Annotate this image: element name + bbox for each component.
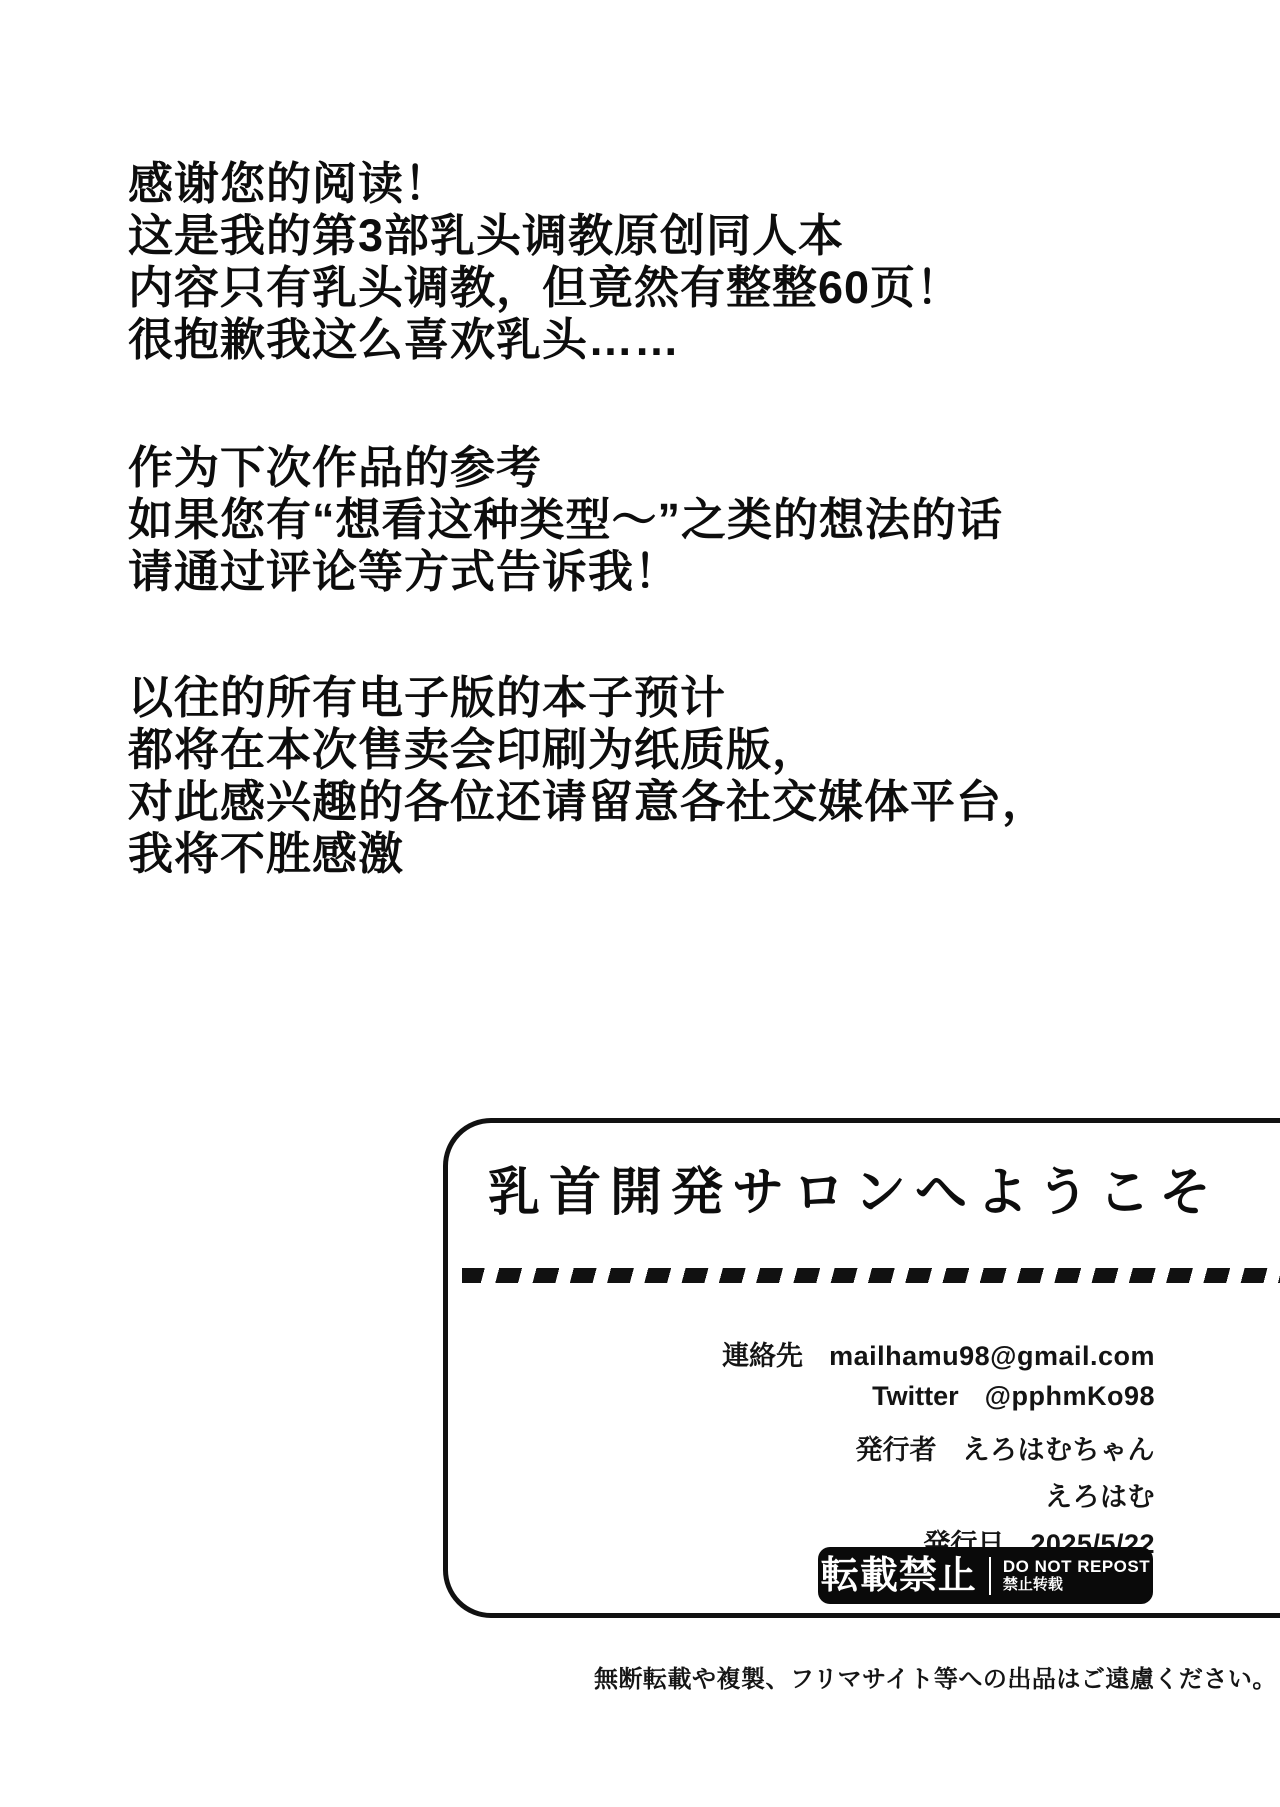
text-line: 感谢您的阅读！ — [128, 158, 962, 210]
colophon-title: 乳首開発サロンへようこそ — [488, 1150, 1220, 1225]
publisher-name-value: えろはむちゃん — [963, 1428, 1156, 1467]
badge-do-not-repost-en: DO NOT REPOST — [1003, 1558, 1150, 1577]
afterword-page: 感谢您的阅读！ 这是我的第3部乳头调教原创同人本 内容只有乳头调教，但竟然有整整… — [0, 0, 1280, 1807]
contact-row-publisher: 発行者 えろはむちゃん — [856, 1428, 1156, 1458]
text-line: 很抱歉我这么喜欢乳头…… — [128, 314, 962, 366]
badge-divider — [989, 1557, 991, 1595]
contact-row-publisher-alias: えろはむ — [1045, 1475, 1155, 1505]
twitter-handle-value: @pphmKo98 — [985, 1381, 1155, 1412]
afterword-paragraph-3: 以往的所有电子版的本子预计 都将在本次售卖会印刷为纸质版， 对此感兴趣的各位还请… — [128, 672, 1048, 880]
dashed-divider — [462, 1268, 1280, 1283]
text-line: 都将在本次售卖会印刷为纸质版， — [128, 724, 1048, 776]
text-line: 内容只有乳头调教，但竟然有整整60页！ — [128, 262, 962, 314]
publisher-label: 発行者 — [856, 1428, 937, 1467]
text-line: 请通过评论等方式告诉我！ — [128, 546, 1003, 598]
contact-row-email: 連絡先 mailhamu98@gmail.com — [722, 1334, 1155, 1364]
afterword-paragraph-1: 感谢您的阅读！ 这是我的第3部乳头调教原创同人本 内容只有乳头调教，但竟然有整整… — [128, 158, 962, 366]
text-line: 对此感兴趣的各位还请留意各社交媒体平台， — [128, 776, 1048, 828]
badge-side-text: DO NOT REPOST 禁止转载 — [1003, 1558, 1150, 1593]
text-line: 作为下次作品的参考 — [128, 442, 1003, 494]
badge-main-text: 転載禁止 — [821, 1557, 977, 1595]
footer-notice: 無断転載や複製、フリマサイト等への出品はご遠慮ください。 — [594, 1659, 1277, 1694]
text-line: 这是我的第3部乳头调教原创同人本 — [128, 210, 962, 262]
contact-row-twitter: Twitter @pphmKo98 — [872, 1381, 1155, 1411]
contact-label: 連絡先 — [722, 1334, 803, 1373]
publisher-alias-value: えろはむ — [1045, 1475, 1155, 1514]
twitter-label: Twitter — [872, 1381, 959, 1412]
text-line: 如果您有“想看这种类型～”之类的想法的话 — [128, 494, 1003, 546]
repost-badge: 転載禁止 DO NOT REPOST 禁止转载 — [818, 1547, 1153, 1604]
badge-do-not-repost-cn: 禁止转载 — [1003, 1577, 1150, 1594]
contact-email-value: mailhamu98@gmail.com — [829, 1341, 1155, 1372]
text-line: 以往的所有电子版的本子预计 — [128, 672, 1048, 724]
text-line: 我将不胜感激 — [128, 828, 1048, 880]
colophon-contact-block: 連絡先 mailhamu98@gmail.com Twitter @pphmKo… — [722, 1334, 1155, 1552]
afterword-paragraph-2: 作为下次作品的参考 如果您有“想看这种类型～”之类的想法的话 请通过评论等方式告… — [128, 442, 1003, 598]
